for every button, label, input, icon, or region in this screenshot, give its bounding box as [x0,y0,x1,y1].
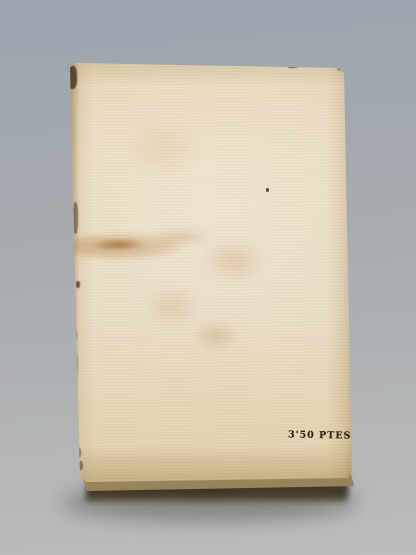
edge-chip [78,461,83,470]
price-text: 3'50 PTES. [288,429,356,441]
edge-chip [72,329,77,342]
edge-chip [337,67,344,71]
edge-chip [68,66,77,89]
stain-mark [150,228,210,246]
edge-chip [75,447,81,458]
stain-mark [143,286,201,328]
edge-chip [73,202,78,234]
stain-mark [203,238,265,284]
photo-scene: 3'50 PTES. [0,0,416,555]
worn-spine-edge [70,63,81,482]
stain-mark [192,320,240,352]
edge-chip [287,63,298,68]
stain-mark [128,120,198,175]
stain-mark [93,238,145,251]
speck-mark [266,188,269,192]
edge-chip [76,281,80,288]
edge-chip [74,352,78,379]
book-back-cover: 3'50 PTES. [0,0,416,555]
